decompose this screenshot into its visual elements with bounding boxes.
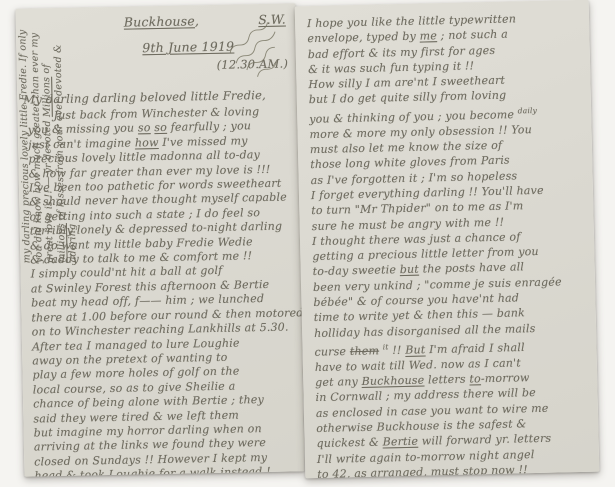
letter-page-right: I hope you like the little typewrittenen… [295,0,600,478]
letter-page-left: my darling precious lovely little Fredie… [16,3,305,476]
letter-body-right: I hope you like the little typewrittenen… [307,10,599,479]
photo-background: my darling precious lovely little Fredie… [0,0,615,487]
letter-body-left: Just back from Winchester & lovingyou & … [27,104,302,476]
address-place: Buckhouse, [124,13,200,30]
